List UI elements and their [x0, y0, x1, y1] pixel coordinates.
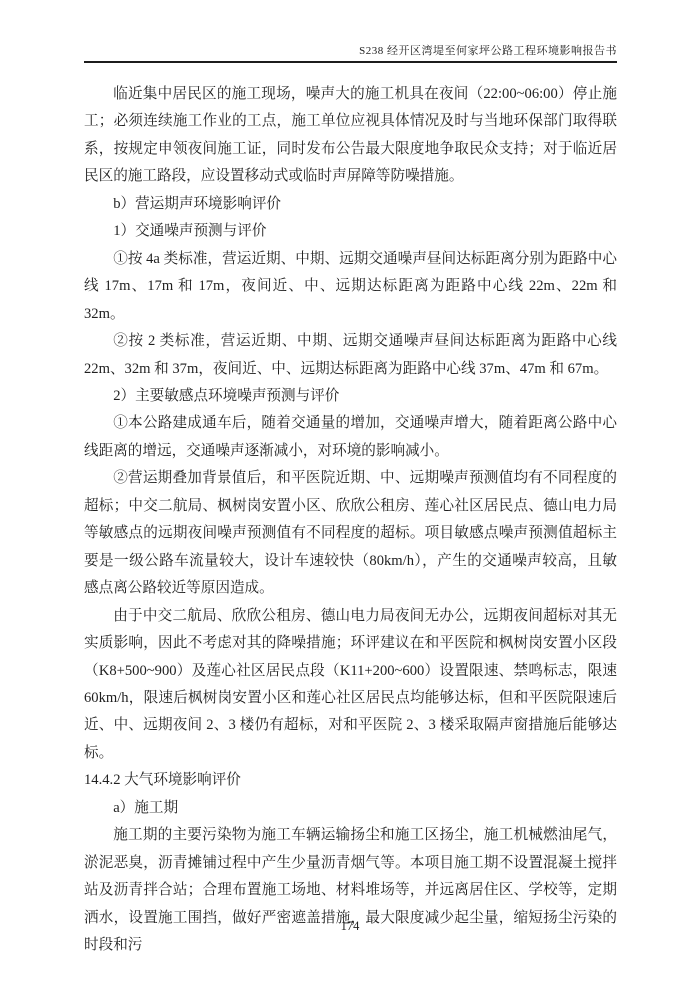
paragraph-noise-mitigation-recommendations: 由于中交二航局、欣欣公租房、德山电力局夜间无办公，远期夜间超标对其无实质影响，因…: [84, 603, 617, 768]
page-number: 174: [341, 919, 360, 933]
page-header: S238 经开区湾堤至何家坪公路工程环境影响报告书: [84, 44, 617, 59]
section-heading-air-environment-impact: 14.4.2 大气环境影响评价: [84, 767, 617, 794]
report-header-title: S238 经开区湾堤至何家坪公路工程环境影响报告书: [359, 45, 617, 57]
paragraph-construction-air-pollutants: 施工期的主要污染物为施工车辆运输扬尘和施工区扬尘，施工机械燃油尾气，淤泥恶臭，沥…: [84, 822, 617, 959]
subheading-traffic-noise-prediction: 1）交通噪声预测与评价: [84, 218, 617, 245]
paragraph-traffic-noise-trend: ①本公路建成通车后，随着交通量的增加，交通噪声增大，随着距离公路中心线距离的增远…: [84, 410, 617, 465]
subheading-sensitive-point-noise-prediction: 2）主要敏感点环境噪声预测与评价: [84, 383, 617, 410]
paragraph-background-superposition-exceedance: ②营运期叠加背景值后，和平医院近期、中、远期噪声预测值均有不同程度的超标；中交二…: [84, 465, 617, 602]
document-body: 临近集中居民区的施工现场，噪声大的施工机具在夜间（22:00~06:00）停止施…: [84, 81, 617, 960]
paragraph-class2-standard-distances: ②按 2 类标准，营运近期、中期、远期交通噪声昼间达标距离为距路中心线 22m、…: [84, 328, 617, 383]
paragraph-class4a-standard-distances: ①按 4a 类标准，营运近期、中期、远期交通噪声昼间达标距离分别为距路中心线 1…: [84, 246, 617, 328]
header-rule: [84, 61, 617, 63]
subheading-operation-noise-assessment: b）营运期声环境影响评价: [84, 191, 617, 218]
subheading-construction-period: a）施工期: [84, 795, 617, 822]
paragraph-construction-noise-measures: 临近集中居民区的施工现场，噪声大的施工机具在夜间（22:00~06:00）停止施…: [84, 81, 617, 191]
page-footer: 174: [0, 917, 700, 935]
document-page: S238 经开区湾堤至何家坪公路工程环境影响报告书 临近集中居民区的施工现场，噪…: [0, 0, 700, 990]
